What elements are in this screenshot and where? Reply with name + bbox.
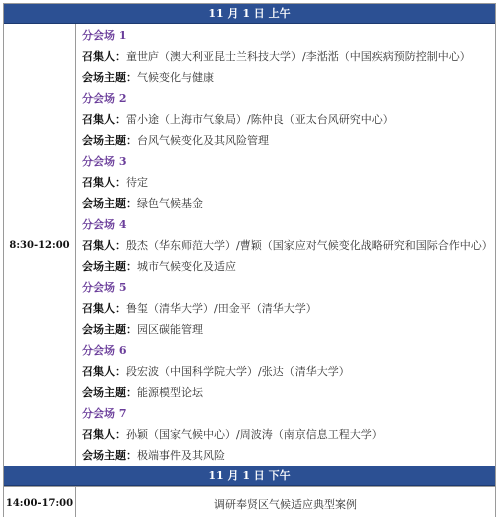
theme-label: 会场主题： [82, 260, 137, 273]
theme-value: 城市气候变化及适应 [137, 260, 236, 273]
theme-value: 绿色气候基金 [137, 197, 203, 210]
schedule-table: 11 月 1 日 上午 8:30-12:00 分会场 1 召集人：童世庐（澳大利… [3, 3, 496, 517]
session-title: 分会场 7 [82, 403, 495, 424]
session-block: 分会场 1 召集人：童世庐（澳大利亚昆士兰科技大学）/李湉湉（中国疾病预防控制中… [82, 25, 495, 88]
convener-value: 待定 [126, 176, 148, 189]
session-block: 分会场 6 召集人：段宏波（中国科学院大学）/张达（清华大学） 会场主题：能源模… [82, 340, 495, 403]
session-theme: 会场主题：绿色气候基金 [82, 193, 495, 214]
session-title: 分会场 1 [82, 25, 495, 46]
convener-label: 召集人： [82, 302, 126, 315]
theme-value: 台风气候变化及其风险管理 [137, 134, 269, 147]
convener-value: 殷杰（华东师范大学）/曹颖（国家应对气候变化战略研究和国际合作中心） [126, 239, 493, 252]
convener-value: 雷小途（上海市气象局）/陈仲良（亚太台风研究中心） [126, 113, 394, 126]
afternoon-header: 11 月 1 日 下午 [4, 466, 495, 486]
theme-label: 会场主题： [82, 71, 137, 84]
convener-label: 召集人： [82, 176, 126, 189]
morning-sessions: 分会场 1 召集人：童世庐（澳大利亚昆士兰科技大学）/李湉湉（中国疾病预防控制中… [76, 24, 495, 466]
session-convener: 召集人：鲁玺（清华大学）/田金平（清华大学） [82, 298, 495, 319]
session-convener: 召集人：殷杰（华东师范大学）/曹颖（国家应对气候变化战略研究和国际合作中心） [82, 235, 495, 256]
session-theme: 会场主题：台风气候变化及其风险管理 [82, 130, 495, 151]
session-theme: 会场主题：城市气候变化及适应 [82, 256, 495, 277]
session-block: 分会场 7 召集人：孙颖（国家气候中心）/周波涛（南京信息工程大学） 会场主题：… [82, 403, 495, 466]
theme-label: 会场主题： [82, 449, 137, 462]
session-convener: 召集人：雷小途（上海市气象局）/陈仲良（亚太台风研究中心） [82, 109, 495, 130]
convener-label: 召集人： [82, 365, 126, 378]
afternoon-activity: 调研奉贤区气候适应典型案例 [76, 487, 495, 517]
session-title: 分会场 4 [82, 214, 495, 235]
convener-value: 童世庐（澳大利亚昆士兰科技大学）/李湉湉（中国疾病预防控制中心） [126, 50, 471, 63]
theme-label: 会场主题： [82, 386, 137, 399]
session-theme: 会场主题：极端事件及其风险 [82, 445, 495, 466]
morning-header: 11 月 1 日 上午 [4, 4, 495, 24]
session-theme: 会场主题：能源模型论坛 [82, 382, 495, 403]
theme-label: 会场主题： [82, 134, 137, 147]
session-title: 分会场 2 [82, 88, 495, 109]
theme-value: 极端事件及其风险 [137, 449, 225, 462]
session-convener: 召集人：待定 [82, 172, 495, 193]
session-block: 分会场 3 召集人：待定 会场主题：绿色气候基金 [82, 151, 495, 214]
session-convener: 召集人：童世庐（澳大利亚昆士兰科技大学）/李湉湉（中国疾病预防控制中心） [82, 46, 495, 67]
theme-label: 会场主题： [82, 197, 137, 210]
session-title: 分会场 3 [82, 151, 495, 172]
theme-value: 园区碳能管理 [137, 323, 203, 336]
session-title: 分会场 6 [82, 340, 495, 361]
convener-label: 召集人： [82, 239, 126, 252]
morning-row: 8:30-12:00 分会场 1 召集人：童世庐（澳大利亚昆士兰科技大学）/李湉… [4, 24, 495, 466]
convener-value: 段宏波（中国科学院大学）/张达（清华大学） [126, 365, 350, 378]
session-block: 分会场 4 召集人：殷杰（华东师范大学）/曹颖（国家应对气候变化战略研究和国际合… [82, 214, 495, 277]
session-convener: 召集人：孙颖（国家气候中心）/周波涛（南京信息工程大学） [82, 424, 495, 445]
theme-value: 气候变化与健康 [137, 71, 214, 84]
convener-label: 召集人： [82, 50, 126, 63]
session-convener: 召集人：段宏波（中国科学院大学）/张达（清华大学） [82, 361, 495, 382]
session-block: 分会场 2 召集人：雷小途（上海市气象局）/陈仲良（亚太台风研究中心） 会场主题… [82, 88, 495, 151]
session-theme: 会场主题：气候变化与健康 [82, 67, 495, 88]
theme-label: 会场主题： [82, 323, 137, 336]
convener-value: 鲁玺（清华大学）/田金平（清华大学） [126, 302, 317, 315]
session-block: 分会场 5 召集人：鲁玺（清华大学）/田金平（清华大学） 会场主题：园区碳能管理 [82, 277, 495, 340]
session-title: 分会场 5 [82, 277, 495, 298]
afternoon-row: 14:00-17:00 调研奉贤区气候适应典型案例 [4, 486, 495, 517]
convener-label: 召集人： [82, 428, 126, 441]
convener-label: 召集人： [82, 113, 126, 126]
convener-value: 孙颖（国家气候中心）/周波涛（南京信息工程大学） [126, 428, 383, 441]
morning-time: 8:30-12:00 [4, 24, 76, 466]
theme-value: 能源模型论坛 [137, 386, 203, 399]
afternoon-time: 14:00-17:00 [4, 487, 76, 517]
session-theme: 会场主题：园区碳能管理 [82, 319, 495, 340]
